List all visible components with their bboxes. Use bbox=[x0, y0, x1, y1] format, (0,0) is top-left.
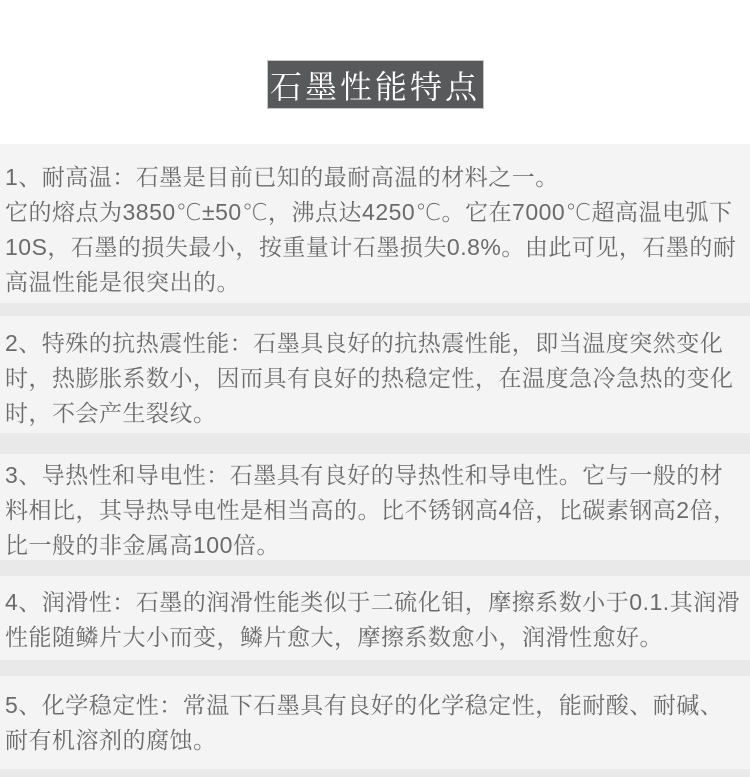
section-lubricity: 4、润滑性：石墨的润滑性能类似于二硫化钼，摩擦系数小于0.1.其润滑性能随鳞片大… bbox=[0, 576, 750, 660]
section-thermal-shock-resistance-paragraph: 2、特殊的抗热震性能：石墨具良好的抗热震性能，即当温度突然变化时，热膨胀系数小，… bbox=[5, 326, 742, 431]
content: 1、耐高温：石墨是目前已知的最耐高温的材料之一。 它的熔点为3850℃±50℃，… bbox=[0, 144, 750, 769]
page: 石墨性能特点 1、耐高温：石墨是目前已知的最耐高温的材料之一。 它的熔点为385… bbox=[0, 0, 750, 777]
section-thermal-electrical-conductivity-paragraph: 3、导热性和导电性：石墨具有良好的导热性和导电性。它与一般的材料相比，其导热导电… bbox=[5, 458, 742, 560]
page-title: 石墨性能特点 bbox=[270, 62, 480, 108]
section-thermal-shock-resistance: 2、特殊的抗热震性能：石墨具良好的抗热震性能，即当温度突然变化时，热膨胀系数小，… bbox=[0, 316, 750, 433]
section-thermal-electrical-conductivity: 3、导热性和导电性：石墨具有良好的导热性和导电性。它与一般的材料相比，其导热导电… bbox=[0, 454, 750, 560]
title-banner: 石墨性能特点 bbox=[267, 60, 484, 109]
section-chemical-stability-paragraph: 5、化学稳定性：常温下石墨具有良好的化学稳定性，能耐酸、耐碱、耐有机溶剂的腐蚀。 bbox=[5, 688, 742, 758]
section-chemical-stability: 5、化学稳定性：常温下石墨具有良好的化学稳定性，能耐酸、耐碱、耐有机溶剂的腐蚀。 bbox=[0, 676, 750, 769]
section-lubricity-paragraph: 4、润滑性：石墨的润滑性能类似于二硫化钼，摩擦系数小于0.1.其润滑性能随鳞片大… bbox=[5, 585, 742, 655]
section-heat-resistance: 1、耐高温：石墨是目前已知的最耐高温的材料之一。 它的熔点为3850℃±50℃，… bbox=[0, 144, 750, 303]
section-heat-resistance-paragraph: 1、耐高温：石墨是目前已知的最耐高温的材料之一。 它的熔点为3850℃±50℃，… bbox=[5, 160, 742, 300]
header: 石墨性能特点 bbox=[0, 0, 750, 144]
